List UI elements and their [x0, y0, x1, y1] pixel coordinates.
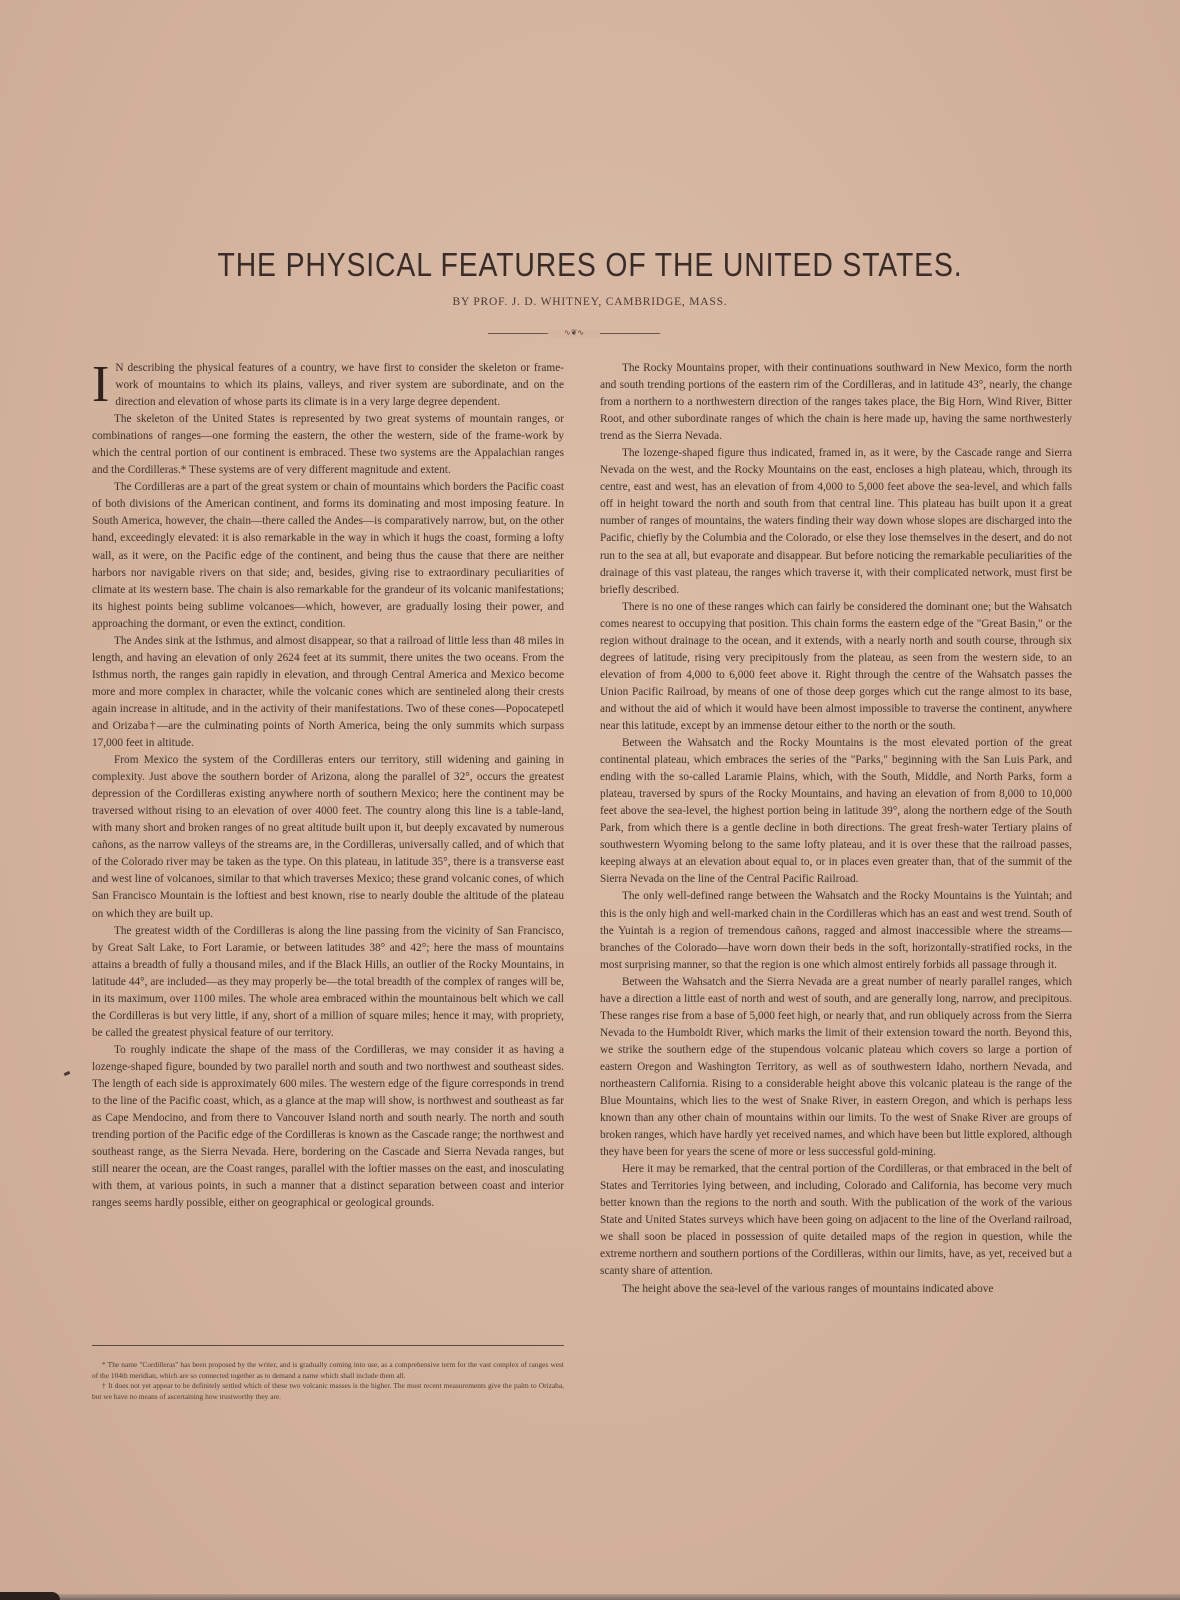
- paragraph: Here it may be remarked, that the centra…: [600, 1161, 1072, 1280]
- paragraph: The only well-defined range between the …: [600, 888, 1072, 973]
- page-corner-shadow: [0, 1592, 60, 1600]
- footnote-divider: [92, 1345, 564, 1346]
- footnote: † It does not yet appear to be definitel…: [92, 1381, 564, 1402]
- flourish-icon: ∿❦∿: [548, 329, 600, 337]
- article-byline: BY PROF. J. D. WHITNEY, CAMBRIDGE, MASS.: [0, 296, 1180, 308]
- right-column: The Rocky Mountains proper, with their c…: [600, 360, 1072, 1298]
- paragraph: The Andes sink at the Isthmus, and almos…: [92, 633, 564, 752]
- title-ornament: ∿❦∿: [488, 330, 660, 338]
- left-column: IN describing the physical features of a…: [92, 360, 564, 1212]
- paragraph: The skeleton of the United States is rep…: [92, 411, 564, 479]
- paragraph-text: N describing the physical features of a …: [115, 362, 564, 408]
- paragraph: Between the Wahsatch and the Sierra Neva…: [600, 974, 1072, 1162]
- paragraph: IN describing the physical features of a…: [92, 360, 564, 411]
- paragraph: Between the Wahsatch and the Rocky Mount…: [600, 735, 1072, 888]
- paragraph: The lozenge-shaped figure thus indicated…: [600, 445, 1072, 598]
- drop-cap: I: [92, 363, 109, 407]
- paragraph: The Rocky Mountains proper, with their c…: [600, 360, 1072, 445]
- footnote: * The name "Cordilleras" has been propos…: [92, 1360, 564, 1381]
- page-bottom-edge: [0, 1594, 1180, 1600]
- document-page: THE PHYSICAL FEATURES OF THE UNITED STAT…: [0, 0, 1180, 1600]
- margin-mark: [64, 1071, 71, 1076]
- paragraph: The Cordilleras are a part of the great …: [92, 479, 564, 632]
- paragraph: There is no one of these ranges which ca…: [600, 599, 1072, 735]
- paragraph: The greatest width of the Cordilleras is…: [92, 923, 564, 1042]
- paragraph: To roughly indicate the shape of the mas…: [92, 1042, 564, 1212]
- paragraph: The height above the sea-level of the va…: [600, 1281, 1072, 1298]
- footnotes: * The name "Cordilleras" has been propos…: [92, 1360, 564, 1402]
- paragraph: From Mexico the system of the Cordillera…: [92, 752, 564, 922]
- article-title: THE PHYSICAL FEATURES OF THE UNITED STAT…: [83, 246, 1098, 284]
